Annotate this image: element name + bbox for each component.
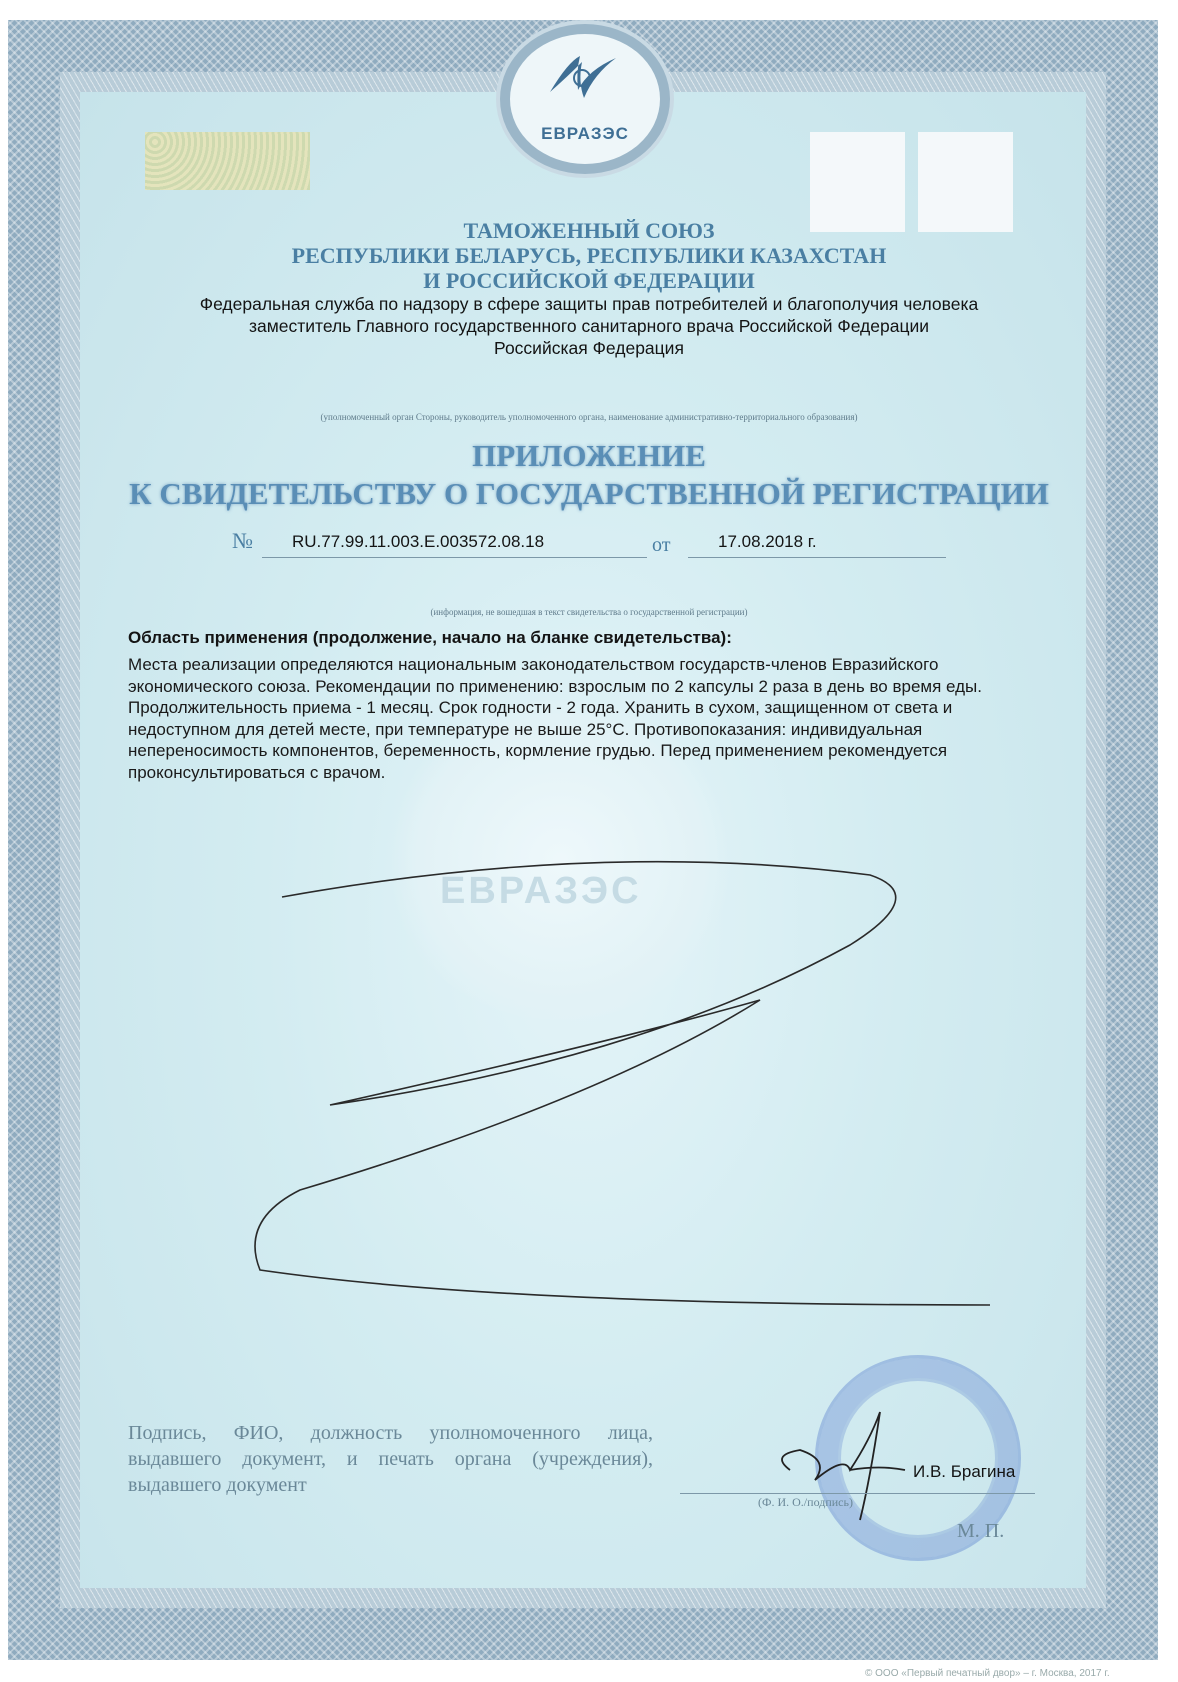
handwritten-signature-icon	[0, 0, 1178, 1682]
signer-name: И.В. Брагина	[913, 1462, 1015, 1482]
signature-underline	[680, 1493, 1035, 1494]
signature-caption: (Ф. И. О./подпись)	[758, 1495, 853, 1510]
printer-note: © ООО «Первый печатный двор» – г. Москва…	[865, 1668, 1110, 1679]
seal-label: М. П.	[957, 1520, 1004, 1543]
